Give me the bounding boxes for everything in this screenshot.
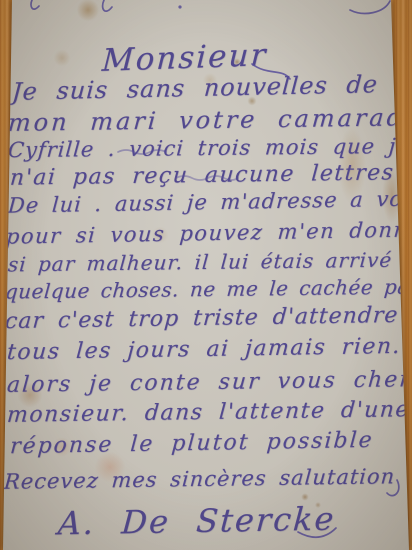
ink-fragment-top-mid <box>103 0 112 11</box>
handwritten-line: De lui . aussi je m'adresse a vous <box>7 186 412 217</box>
handwritten-line: tous les jours ai jamais rien. <box>6 334 402 365</box>
letter-paper: Monsieur Je suis sans nouvelles de mon m… <box>0 0 412 550</box>
handwritten-line: Je suis sans nouvelles de <box>11 70 379 106</box>
handwritten-line: si par malheur. il lui étais arrivé <box>7 248 393 277</box>
paper-shadow: Monsieur Je suis sans nouvelles de mon m… <box>0 0 412 550</box>
handwritten-line: monsieur. dans l'attente d'une <box>6 397 411 428</box>
handwritten-line: alors je conte sur vous cher <box>6 367 412 398</box>
handwritten-line: réponse le plutot possible <box>9 428 374 459</box>
ink-dot <box>178 5 181 8</box>
signature: A. De Stercke <box>57 500 337 543</box>
handwritten-line: car c'est trop triste d'attendre <box>4 303 399 334</box>
handwritten-line: Recevez mes sincères salutation <box>3 464 396 493</box>
ink-fragment-top-left <box>31 0 39 9</box>
handwritten-line: Cyfrille . voici trois mois que je <box>7 134 411 162</box>
handwritten-line: n'ai pas reçu aucune lettres <box>9 160 395 190</box>
ink-fragment-top-right <box>350 1 390 13</box>
photo-of-letter: Monsieur Je suis sans nouvelles de mon m… <box>0 0 412 550</box>
handwritten-line: quelque choses. ne me le cachée pas <box>4 274 412 303</box>
handwritten-line: pour si vous pouvez m'en donné <box>5 217 412 248</box>
handwritten-line: mon mari votre camarade <box>7 103 412 137</box>
